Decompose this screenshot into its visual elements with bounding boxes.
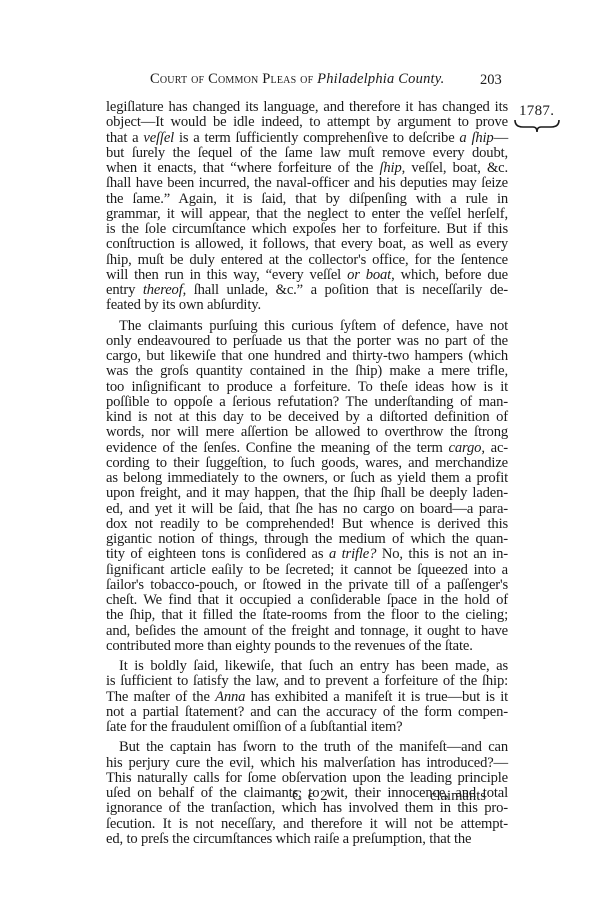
- running-head: Court of Common Pleas of Philadelphia Co…: [150, 71, 510, 89]
- text-line: evidence of the ſenſes. Confine the mean…: [106, 441, 508, 456]
- text-line: tity of eighteen tons is conſidered as a…: [106, 547, 508, 562]
- text-line: ſate for the fraudulent omiſſion of a ſu…: [106, 720, 508, 735]
- text-line: his perjury cure the evil, which his mal…: [106, 756, 508, 771]
- text-line: that a veſſel is a term ſufficiently com…: [106, 131, 508, 146]
- text-line: ſignificant article eaſily to be ſecrete…: [106, 563, 508, 578]
- text-line: But the captain has ſworn to the truth o…: [106, 740, 508, 755]
- text-line: will then run in this way, “every veſſel…: [106, 268, 508, 283]
- text-line: ſecution. It is not neceſſary, and there…: [106, 817, 508, 832]
- text-line: upon freight, and it may happen, that th…: [106, 486, 508, 501]
- text-line: poſſible to oppoſe a ſerious refutation?…: [106, 395, 508, 410]
- paragraph: It is boldly ſaid, likewiſe, that ſuch a…: [106, 659, 508, 735]
- paragraph: legiſlature has changed its language, an…: [106, 100, 508, 314]
- text-line: The claimants purſuing this curious ſyſt…: [106, 319, 508, 334]
- text-line: but ſurely the ſequel of the ſame law mu…: [106, 146, 508, 161]
- text-line: is ſufficient to ſatisfy the law, and to…: [106, 674, 508, 689]
- text-line: This naturally calls for ſome obſervatio…: [106, 771, 508, 786]
- text-line: contributed more than eighty pounds to t…: [106, 639, 508, 654]
- margin-year-note: 1787.: [519, 103, 554, 120]
- text-line: only endeavoured to perſuade us that the…: [106, 334, 508, 349]
- text-line: kind is not at this day to be deceived b…: [106, 410, 508, 425]
- text-line: the ſhip, that it filled the ſtate-rooms…: [106, 608, 508, 623]
- text-line: ed, to preſs the circumſtances which rai…: [106, 832, 508, 847]
- text-line: entry thereof, ſhall unlade, &c.” a poſi…: [106, 283, 508, 298]
- book-page: Court of Common Pleas of Philadelphia Co…: [0, 0, 600, 903]
- body-text: legiſlature has changed its language, an…: [106, 100, 508, 847]
- text-line: gigantic notion of things, through the m…: [106, 532, 508, 547]
- text-line: legiſlature has changed its language, an…: [106, 100, 508, 115]
- text-line: ed, and yet it will be ſaid, that ſhe ha…: [106, 502, 508, 517]
- signature-mark: C c 2: [292, 788, 329, 805]
- text-line: conſtruction is allowed, it follows, tha…: [106, 237, 508, 252]
- running-head-court: Court of Common Pleas of: [150, 71, 317, 87]
- text-line: grammar, it will appear, that the neglec…: [106, 207, 508, 222]
- text-line: cargo, but likewiſe that one hundred and…: [106, 349, 508, 364]
- catchword: claimants: [430, 788, 486, 805]
- text-line: It is boldly ſaid, likewiſe, that ſuch a…: [106, 659, 508, 674]
- text-line: The maſter of the Anna has exhibited a m…: [106, 690, 508, 705]
- text-line: as belong immediately to the owners, or …: [106, 471, 508, 486]
- text-line: when it enacts, that “where forfeiture o…: [106, 161, 508, 176]
- page-number: 203: [480, 72, 502, 89]
- text-line: cheſt. We find that it occupied a conſid…: [106, 593, 508, 608]
- paragraph: The claimants purſuing this curious ſyſt…: [106, 319, 508, 655]
- text-line: ſhip, muſt be duly entered at the collec…: [106, 253, 508, 268]
- text-line: was the groſs quantity contained in the …: [106, 364, 508, 379]
- text-line: ſhall have been incurred, the naval-offi…: [106, 176, 508, 191]
- text-line: too inſignificant to produce a forfeitur…: [106, 380, 508, 395]
- text-line: the ſame.” Again, it is ſaid, that by di…: [106, 192, 508, 207]
- running-head-county: Philadelphia County.: [317, 71, 444, 87]
- text-line: ſailor's tobacco-pouch, or ſtowed in the…: [106, 578, 508, 593]
- text-line: is the ſole circumſtance which expoſes h…: [106, 222, 508, 237]
- text-line: object—It would be idle indeed, to attem…: [106, 115, 508, 130]
- text-line: dox not readily to be comprehended! But …: [106, 517, 508, 532]
- text-line: cording to their ſuggeſtion, to ſuch goo…: [106, 456, 508, 471]
- curly-brace-icon: [513, 119, 561, 133]
- text-line: words, nor will mere aſſertion be allowe…: [106, 425, 508, 440]
- text-line: and, beſides the amount of the freight a…: [106, 624, 508, 639]
- text-line: feated by its own abſurdity.: [106, 298, 508, 313]
- text-line: not a partial ſtatement? and can the acc…: [106, 705, 508, 720]
